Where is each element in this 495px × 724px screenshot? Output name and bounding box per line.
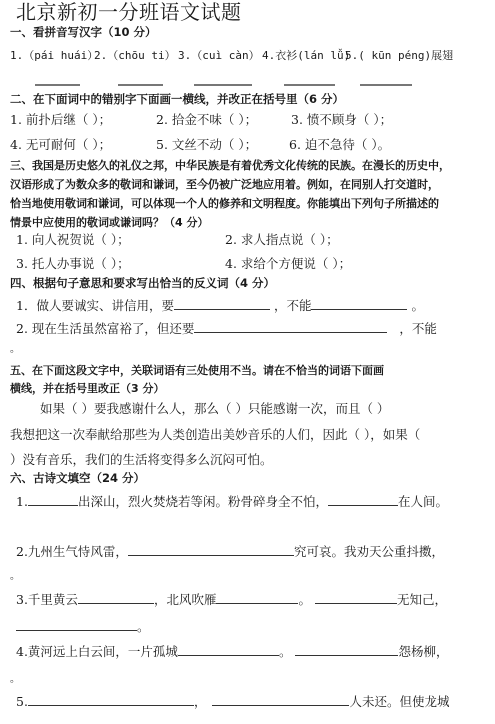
polite-term-item-2: 2. 求人指点说（ ）； — [225, 232, 339, 248]
antonym-item-1-prefix: 1．做人要诚实、讲信用，要 — [16, 298, 174, 313]
poem-blank-8[interactable] — [178, 643, 279, 656]
poem-blank-9[interactable] — [295, 643, 398, 656]
poem-blank-3[interactable] — [128, 543, 294, 556]
section-2-heading: 二、在下面词中的错别字下面画一横线，并改正在括号里（6 分） — [10, 92, 344, 107]
antonym-item-2-suffix: ，不能 — [399, 321, 437, 336]
antonym-blank-2[interactable] — [311, 297, 407, 310]
pinyin-item-1: 1.（pái huái） — [10, 49, 98, 63]
poem-blank-6[interactable] — [315, 591, 397, 604]
poem-item-1-end: 在人间。 — [398, 494, 448, 509]
poem-item-2-continuation: 。 — [10, 569, 20, 585]
poem-item-4-mid: 。 — [279, 644, 292, 659]
poem-item-3: 3.千里黄云，北风吹雁。无知己， — [16, 591, 447, 608]
antonym-item-2-prefix: 2. 现在生活虽然富裕了，但还要 — [16, 321, 194, 336]
section-3-heading-line-3: 恰当地使用敬词和谦词，可以体现一个人的修养和文明程度。你能填出下列句子所描述的 — [10, 194, 439, 214]
pinyin-item-2: 2.（chōu ti） — [94, 49, 176, 63]
antonym-item-1-suffix: 。 — [411, 298, 424, 313]
section-4-heading: 四、根据句子意思和要求写出恰当的反义词（4 分） — [10, 276, 275, 291]
antonym-item-1-middle: ，不能 — [274, 298, 312, 313]
poem-blank-11[interactable] — [212, 693, 349, 706]
poem-item-5-mid: ， — [194, 694, 207, 709]
poem-item-3-prefix: 3.千里黄云 — [16, 592, 78, 607]
poem-item-5-prefix: 5. — [16, 694, 28, 709]
antonym-blank-1[interactable] — [174, 297, 270, 310]
polite-term-item-4: 4. 求给个方便说（ ）； — [225, 256, 351, 272]
poem-blank-5[interactable] — [216, 591, 298, 604]
antonym-item-2: 2. 现在生活虽然富裕了，但还要，不能 — [16, 320, 437, 337]
poem-blank-7[interactable] — [16, 618, 137, 631]
polite-term-item-3: 3. 托人办事说（ ）； — [16, 256, 130, 272]
poem-item-4-end: 怨杨柳， — [398, 644, 448, 659]
poem-item-3-mid2: 。 — [298, 592, 311, 607]
answer-blank-3[interactable] — [194, 84, 252, 86]
poem-item-2: 2.九州生气恃风雷，究可哀。我劝天公重抖擞， — [16, 543, 444, 560]
answer-blank-4[interactable] — [284, 84, 335, 86]
poem-item-1-mid: 出深山，烈火焚烧若等闲。粉骨碎身全不怕， — [78, 494, 328, 509]
section-5-heading-line-2: 横线，并在括号里改正（3 分） — [10, 380, 164, 397]
section-1-heading: 一、看拼音写汉字（10 分） — [10, 25, 157, 40]
section-5-heading-line-1: 五、在下面这段文字中，关联词语有三处使用不当。请在不恰当的词语下面画 — [10, 362, 384, 379]
page-title: 北京新初一分班语文试题 — [16, 0, 242, 24]
poem-item-3-line-2: 。 — [16, 618, 150, 635]
poem-item-3-continuation: 。 — [137, 619, 150, 634]
typo-item-3: 3. 愤不顾身（ ）； — [291, 112, 392, 128]
typo-item-2: 2. 拾金不味（ ）； — [156, 112, 257, 128]
poem-item-4-continuation: 。 — [10, 672, 20, 688]
typo-item-5: 5. 文丝不动（ ）； — [156, 137, 257, 153]
poem-item-3-end: 无知己， — [397, 592, 447, 607]
poem-item-4: 4.黄河远上白云间，一片孤城。怨杨柳， — [16, 643, 448, 660]
antonym-item-1: 1．做人要诚实、讲信用，要，不能。 — [16, 297, 424, 314]
poem-blank-4[interactable] — [78, 591, 154, 604]
poem-item-5: 5.，人未还。但使龙城 — [16, 693, 449, 710]
answer-blank-1[interactable] — [35, 84, 80, 86]
poem-item-4-prefix: 4.黄河远上白云间，一片孤城 — [16, 644, 178, 659]
answer-blank-5[interactable] — [360, 84, 412, 86]
pinyin-item-4: 4.衣衫(lán lǚ) — [262, 49, 350, 63]
poem-item-5-end: 人未还。但使龙城 — [349, 694, 449, 709]
pinyin-item-5: 5.( kūn péng)展翅 — [345, 49, 453, 63]
paragraph-line-3: ）没有音乐，我们的生活将变得多么沉闷可怕。 — [10, 452, 273, 468]
pinyin-item-3: 3.（cuì càn） — [178, 49, 260, 63]
section-3-heading-line-2: 汉语形成了为数众多的敬词和谦词，至今仍被广泛地应用着。例如，在同别人打交道时， — [10, 175, 439, 195]
section-3-heading-line-1: 三、我国是历史悠久的礼仪之邦，中华民族是有着优秀文化传统的民族。在漫长的历史中， — [10, 156, 450, 176]
polite-term-item-1: 1. 向人祝贺说（ ）； — [16, 232, 130, 248]
poem-blank-1[interactable] — [28, 493, 78, 506]
poem-item-2-end: 究可哀。我劝天公重抖擞， — [294, 544, 444, 559]
paragraph-line-2: 我想把这一次奉献给那些为人类创造出美妙音乐的人们，因此（ ），如果（ — [10, 427, 420, 443]
paragraph-line-1: 如果（ ）要我感谢什么人，那么（ ）只能感谢一次，而且（ ） — [40, 401, 389, 417]
poem-item-1-num: 1. — [16, 494, 28, 509]
answer-blank-2[interactable] — [118, 84, 163, 86]
poem-item-2-prefix: 2.九州生气恃风雷， — [16, 544, 128, 559]
antonym-item-2-continuation: 。 — [10, 342, 20, 358]
antonym-blank-3[interactable] — [194, 320, 387, 333]
typo-item-4: 4. 无可耐何（ ）； — [10, 137, 111, 153]
poem-item-1: 1.出深山，烈火焚烧若等闲。粉骨碎身全不怕，在人间。 — [16, 493, 448, 510]
typo-item-1: 1. 前扑后继（ ）； — [10, 112, 111, 128]
section-6-heading: 六、古诗文填空（24 分） — [10, 471, 145, 486]
poem-item-3-mid1: ，北风吹雁 — [154, 592, 217, 607]
section-3-heading-line-4: 情景中应使用的敬词或谦词吗？（4 分） — [10, 213, 208, 233]
typo-item-6: 6. 迫不急待（ ）。 — [289, 137, 390, 153]
poem-blank-2[interactable] — [328, 493, 398, 506]
poem-blank-10[interactable] — [28, 693, 194, 706]
